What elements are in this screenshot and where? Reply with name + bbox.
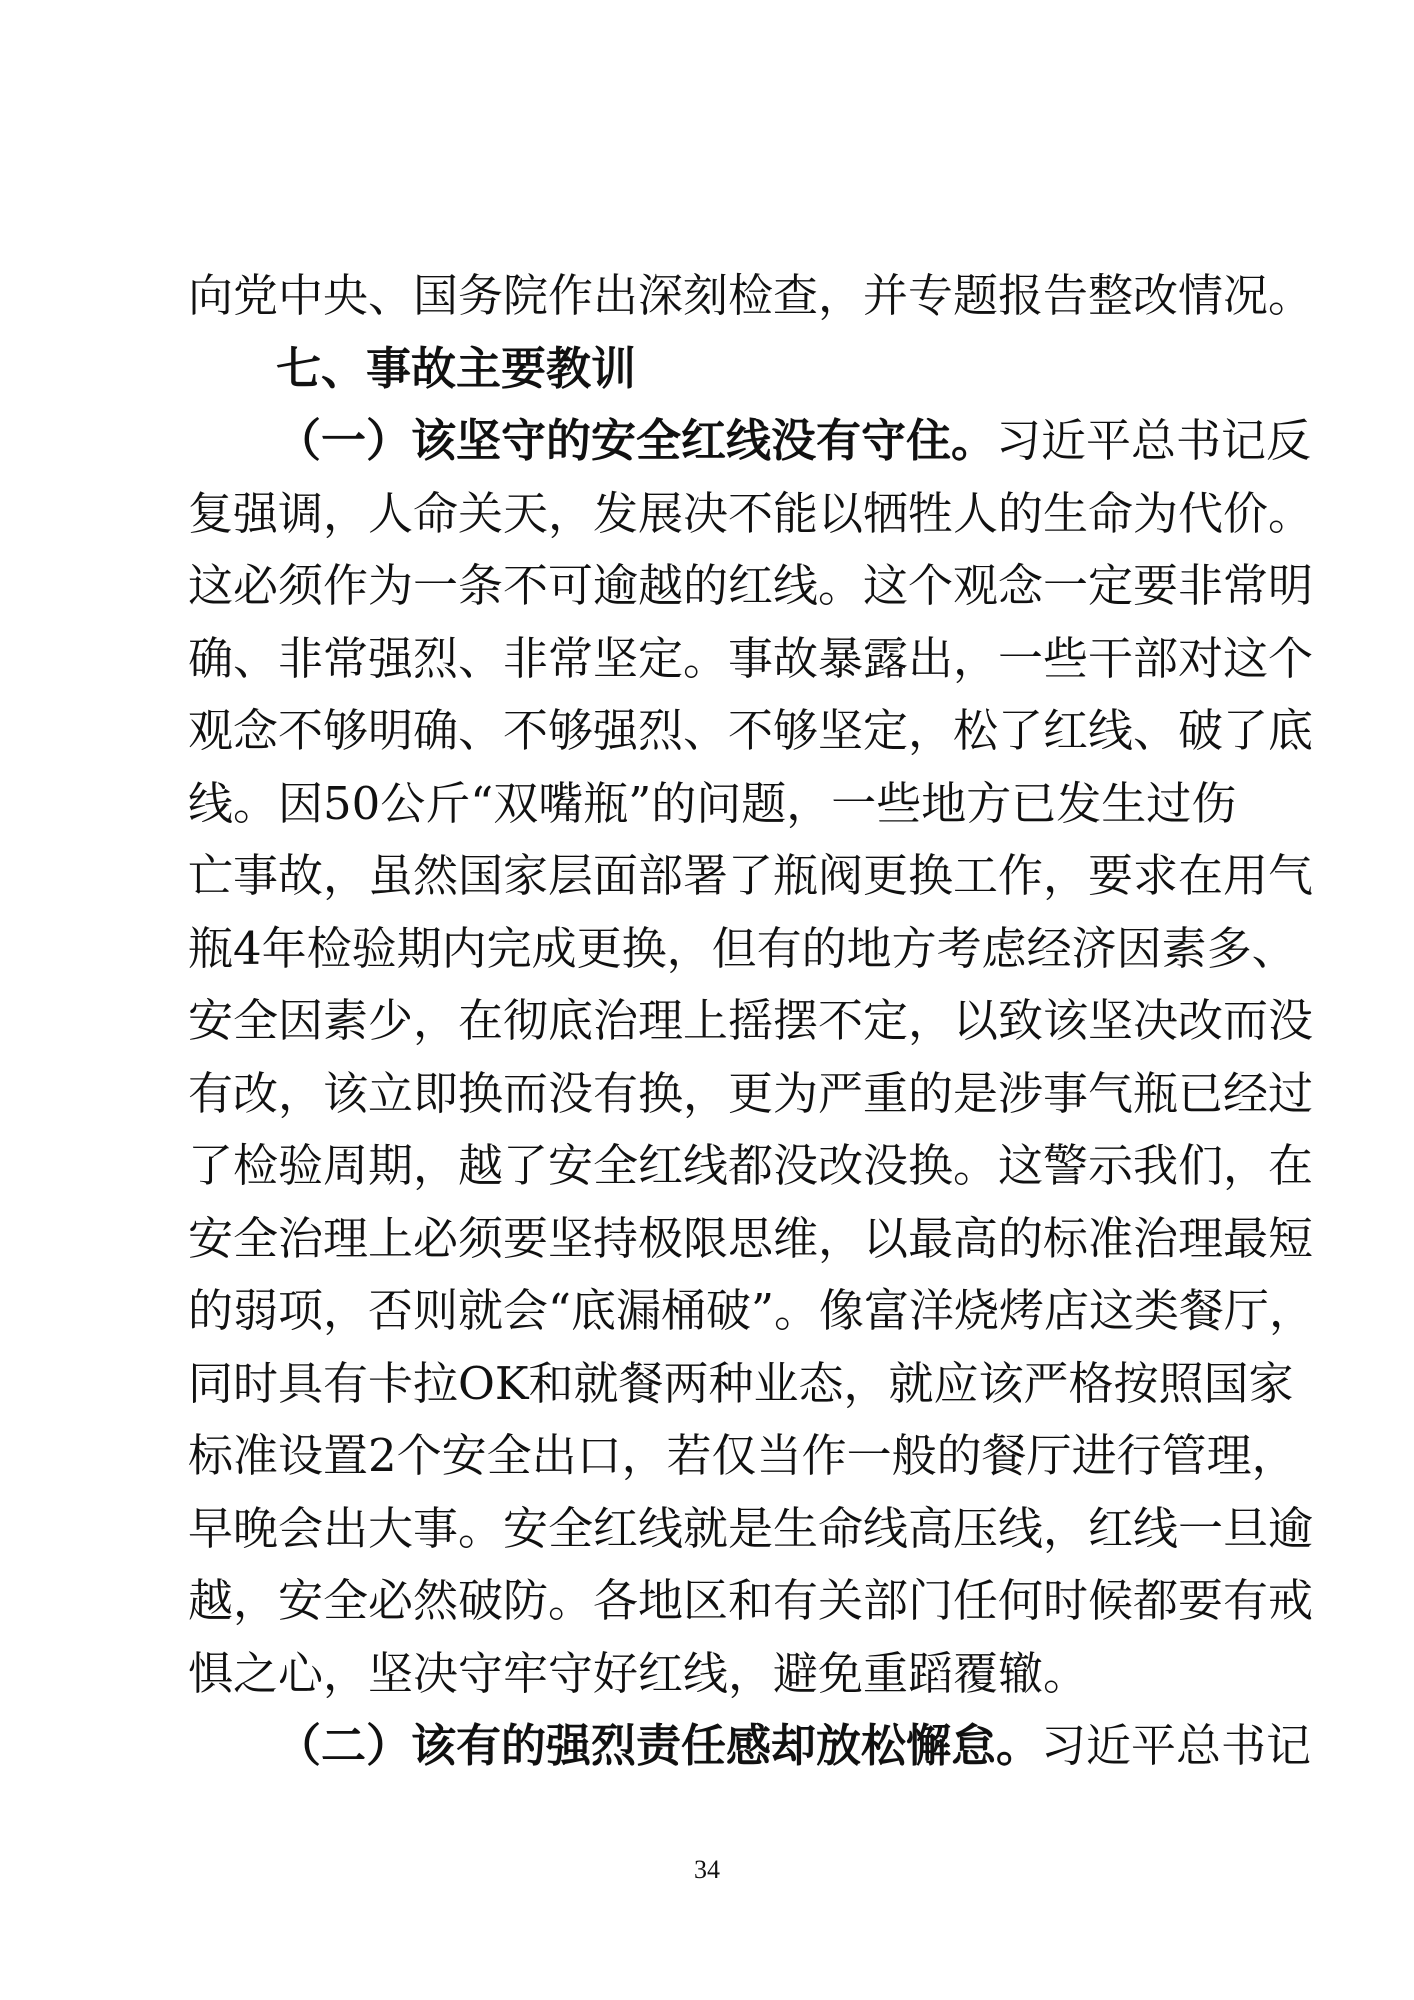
text-line: 这必须作为一条不可逾越的红线。这个观念一定要非常明 — [188, 550, 1232, 623]
subheading: （一）该坚守的安全红线没有守住。 — [276, 414, 996, 467]
text-line: 线。因50公斤“双嘴瓶”的问题，一些地方已发生过伤 — [188, 768, 1232, 841]
text-line: 越，安全必然破防。各地区和有关部门任何时候都要有戒 — [188, 1565, 1232, 1638]
text-run: 习近平总书记反 — [996, 414, 1311, 467]
paragraph-start: （一）该坚守的安全红线没有守住。习近平总书记反 — [188, 405, 1232, 478]
text-line: 确、非常强烈、非常坚定。事故暴露出，一些干部对这个 — [188, 623, 1232, 696]
text-line: 了检验周期，越了安全红线都没改没换。这警示我们，在 — [188, 1130, 1232, 1203]
text-run: 习近平总书记 — [1041, 1719, 1311, 1772]
section-heading: 七、事故主要教训 — [188, 333, 1232, 406]
paragraph-start: （二）该有的强烈责任感却放松懈怠。习近平总书记 — [188, 1710, 1232, 1783]
text-line: 同时具有卡拉OK和就餐两种业态，就应该严格按照国家 — [188, 1348, 1232, 1421]
text-line: 的弱项，否则就会“底漏桶破”。像富洋烧烤店这类餐厅， — [188, 1275, 1232, 1348]
text-line: 标准设置2个安全出口，若仅当作一般的餐厅进行管理， — [188, 1420, 1232, 1493]
page-number: 34 — [0, 1855, 1414, 1885]
text-line: 瓶4年检验期内完成更换，但有的地方考虑经济因素多、 — [188, 913, 1232, 986]
text-line: 向党中央、国务院作出深刻检查，并专题报告整改情况。 — [188, 260, 1232, 333]
subheading: （二）该有的强烈责任感却放松懈怠。 — [276, 1719, 1041, 1772]
text-line: 有改，该立即换而没有换，更为严重的是涉事气瓶已经过 — [188, 1058, 1232, 1131]
text-line: 观念不够明确、不够强烈、不够坚定，松了红线、破了底 — [188, 695, 1232, 768]
text-line: 亡事故，虽然国家层面部署了瓶阀更换工作，要求在用气 — [188, 840, 1232, 913]
text-line: 安全治理上必须要坚持极限思维，以最高的标准治理最短 — [188, 1203, 1232, 1276]
text-line: 惧之心，坚决守牢守好红线，避免重蹈覆辙。 — [188, 1638, 1232, 1711]
text-line: 安全因素少，在彻底治理上摇摆不定，以致该坚决改而没 — [188, 985, 1232, 1058]
text-line: 复强调，人命关天，发展决不能以牺牲人的生命为代价。 — [188, 478, 1232, 551]
text-line: 早晚会出大事。安全红线就是生命线高压线，红线一旦逾 — [188, 1493, 1232, 1566]
document-page: 向党中央、国务院作出深刻检查，并专题报告整改情况。 七、事故主要教训 （一）该坚… — [188, 260, 1232, 1783]
